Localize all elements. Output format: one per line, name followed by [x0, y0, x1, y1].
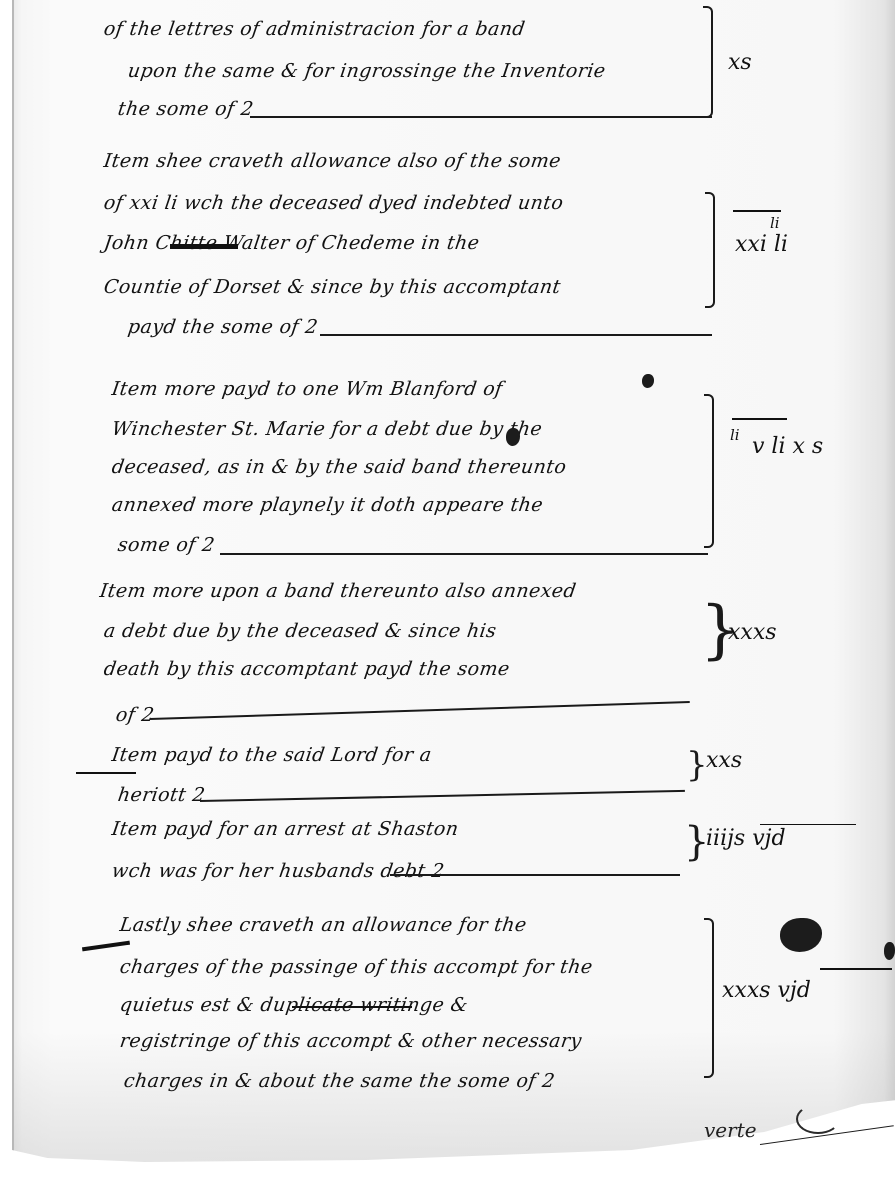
page-foxing	[14, 1032, 895, 1172]
entry-line: of the lettres of administracion for a b…	[102, 18, 526, 40]
entry-line: Lastly shee craveth an allowance for the	[118, 914, 528, 936]
entry-sum: iiijs vjd	[706, 826, 786, 851]
entry-line: John Chitte Walter of Chedeme in the	[102, 232, 480, 254]
curly-bracket: }	[686, 748, 708, 782]
entry-rule	[220, 553, 708, 555]
entry-line: charges in & about the same the some of …	[122, 1070, 556, 1092]
entry-line: deceased, as in & by the said band there…	[110, 456, 567, 478]
entry-line: a debt due by the deceased & since his	[102, 620, 498, 642]
entry-bracket	[704, 918, 714, 1078]
entry-sum: xs	[728, 50, 752, 75]
sum-stroke	[820, 968, 892, 970]
entry-line: of 2	[114, 704, 155, 726]
entry-bracket	[703, 6, 713, 118]
entry-sum: xxxs	[728, 620, 777, 645]
entry-line: some of 2	[116, 534, 216, 556]
entry-line: payd the some of 2	[126, 316, 319, 338]
sum-stroke	[760, 824, 856, 825]
entry-rule	[390, 874, 680, 876]
sum-superscript: li	[770, 214, 780, 232]
entry-line: heriott 2	[116, 784, 206, 806]
entry-bracket	[704, 394, 714, 548]
entry-line: Item payd for an arrest at Shaston	[110, 818, 460, 840]
entry-line: Countie of Dorset & since by this accomp…	[102, 276, 562, 298]
entry-line: Winchester St. Marie for a debt due by t…	[110, 418, 543, 440]
margin-stroke	[76, 772, 136, 774]
entry-rule	[250, 116, 712, 118]
entry-sum: xxs	[706, 748, 742, 773]
entry-line: Item more upon a band thereunto also ann…	[98, 580, 577, 602]
entry-line: death by this accomptant payd the some	[102, 658, 511, 680]
entry-line: charges of the passinge of this accompt …	[118, 956, 594, 978]
entry-line: of xxi li wch the deceased dyed indebted…	[102, 192, 564, 214]
entry-line: registringe of this accompt & other nece…	[118, 1030, 583, 1052]
entry-line: upon the same & for ingrossinge the Inve…	[126, 60, 607, 82]
entry-sum: xxxs vjd	[722, 978, 811, 1003]
entry-line: wch was for her husbands debt 2	[110, 860, 445, 882]
sum-stroke	[732, 418, 787, 420]
entry-bracket	[705, 192, 715, 308]
strikethrough	[292, 1006, 412, 1008]
catchword-flourish	[796, 1104, 840, 1134]
entry-rule	[320, 334, 712, 336]
catchword: verte	[704, 1118, 757, 1142]
entry-line: quietus est & duplicate writinge &	[118, 994, 469, 1016]
sum-superscript: li	[730, 426, 740, 444]
entry-line: the some of 2	[116, 98, 255, 120]
sum-stroke	[733, 210, 781, 212]
entry-sum: v li x s	[752, 434, 823, 459]
entry-line: Item payd to the said Lord for a	[110, 744, 433, 766]
entry-sum: xxi li	[735, 232, 788, 257]
strikethrough	[170, 244, 238, 249]
entry-line: Item more payd to one Wm Blanford of	[110, 378, 504, 400]
entry-line: annexed more playnely it doth appeare th…	[110, 494, 544, 516]
entry-line: Item shee craveth allowance also of the …	[102, 150, 562, 172]
